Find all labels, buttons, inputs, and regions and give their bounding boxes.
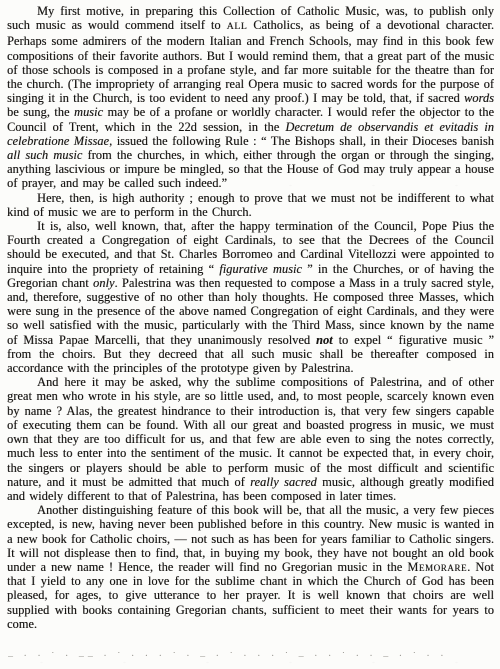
text-segment: Here, then, is high authority ; enough t… <box>7 191 494 219</box>
paragraph-motive: My first motive, in preparing this Colle… <box>7 4 494 191</box>
paragraph-hindrance: And here it may be asked, why the sublim… <box>7 375 494 503</box>
text-segment: And here it may be asked, why the sublim… <box>7 375 494 488</box>
clipped-next-line-fragments: – · · ˙ · –– · ˙ · · · ˙ · – · ˙ · · · ˙… <box>8 652 492 659</box>
styled-text-segment: figurative music <box>219 262 302 276</box>
text-segment: , issued the following Rule : “ The Bish… <box>109 134 494 148</box>
styled-text-segment: really sacred <box>250 475 317 489</box>
document-body: My first motive, in preparing this Colle… <box>7 4 494 660</box>
styled-text-segment: not <box>316 333 333 347</box>
paragraph-new-music: Another distinguishing feature of this b… <box>7 503 494 631</box>
styled-text-segment: words <box>464 91 494 105</box>
paragraph-council: It is, also, well known, that, after the… <box>7 219 494 375</box>
styled-text-segment: ALL <box>227 21 248 32</box>
scanned-book-page: My first motive, in preparing this Colle… <box>0 0 500 669</box>
paragraph-authority: Here, then, is high authority ; enough t… <box>7 191 494 219</box>
styled-text-segment: all such music <box>7 148 82 162</box>
styled-text-segment: music <box>74 105 103 119</box>
styled-text-segment: Memorare <box>407 560 467 574</box>
text-segment: be sung, the <box>7 105 74 119</box>
styled-text-segment: only <box>93 276 114 290</box>
